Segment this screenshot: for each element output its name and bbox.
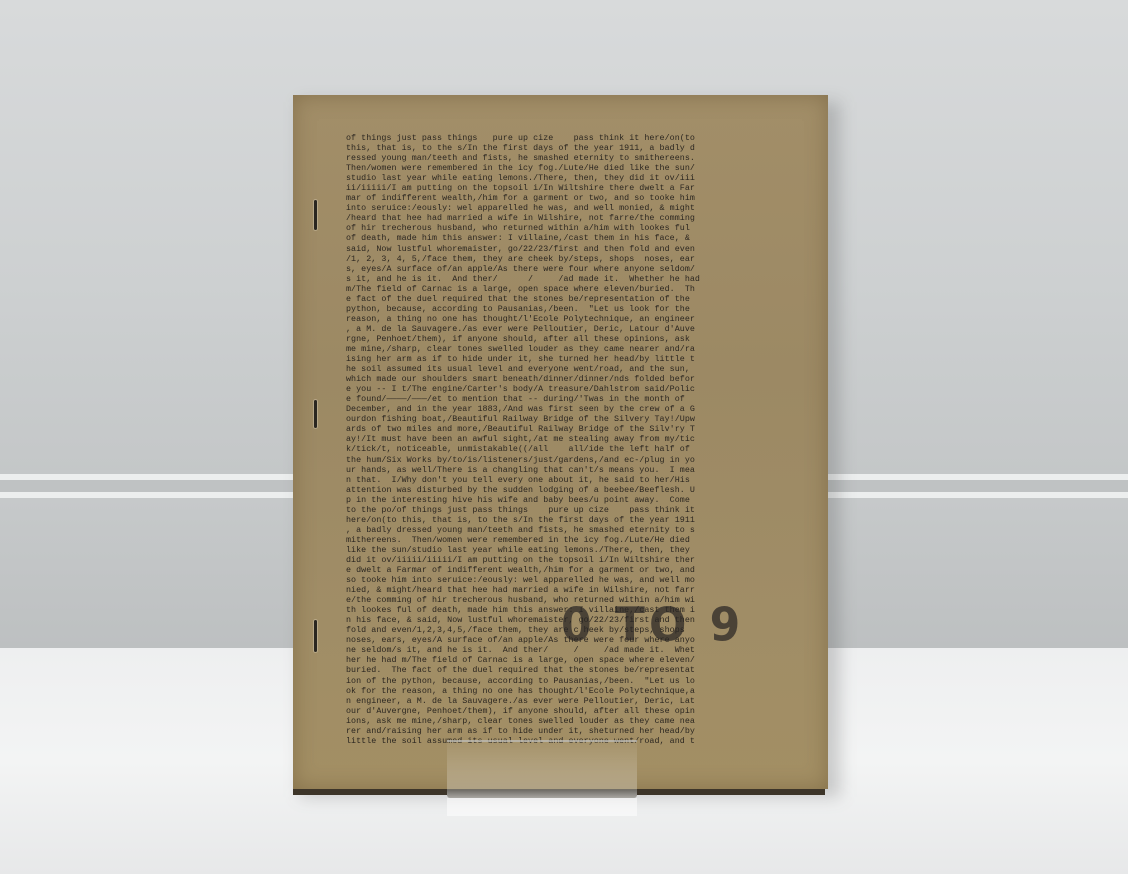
acrylic-stand-lip bbox=[447, 790, 637, 798]
booklet: of things just pass things pure up cize … bbox=[293, 95, 828, 789]
typewritten-text: of things just pass things pure up cize … bbox=[346, 133, 826, 746]
staple-bottom bbox=[314, 620, 317, 652]
acrylic-stand bbox=[447, 740, 637, 797]
staple-top bbox=[314, 200, 317, 230]
staple-middle bbox=[314, 400, 317, 428]
stamp-title: 0 TO 9 bbox=[561, 599, 744, 653]
stand-reflection bbox=[447, 798, 637, 816]
